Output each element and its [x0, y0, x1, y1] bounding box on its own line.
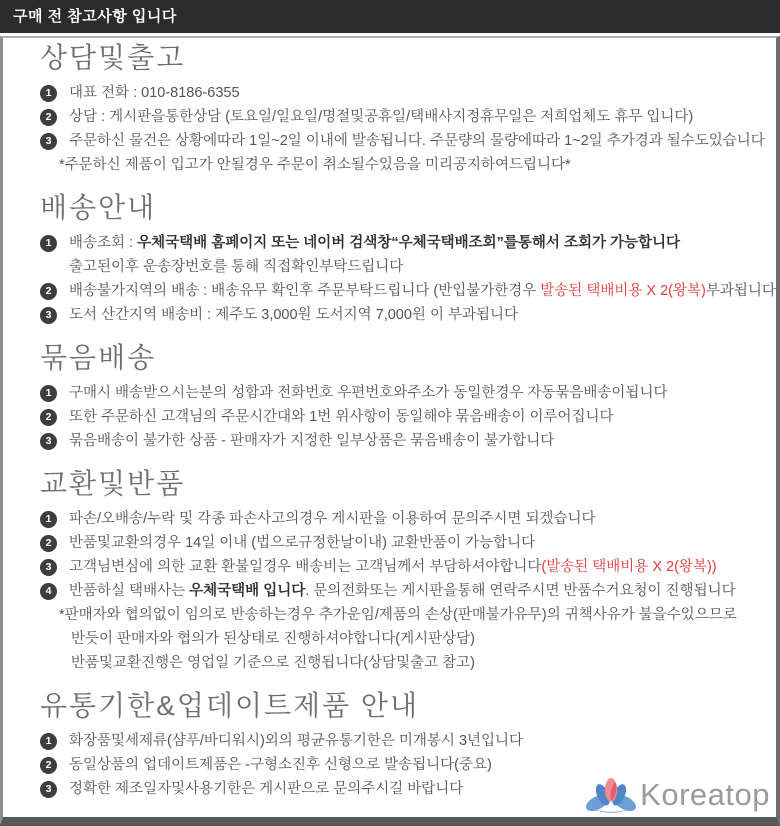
- notice-line: *판매자와 협의없이 임의로 반송하는경우 추가운임/제품의 손상(판매불가유무…: [40, 603, 766, 627]
- number-badge: 1: [40, 85, 57, 102]
- notice-text: 반품하실 택배사는 우체국택배 입니다. 문의전화또는 게시판을통해 연락주시면…: [69, 579, 736, 603]
- notice-line: 3고객님변심에 의한 교환 환불일경우 배송비는 고객님께서 부담하셔야합니다(…: [40, 555, 766, 579]
- notice-line: 3묶음배송이 불가한 상품 - 판매자가 지정한 일부상품은 묶음배송이 불가합…: [40, 429, 766, 453]
- notice-line: 1화장품및세제류(샴푸/바디워시)외의 평균유통기한은 미개봉시 3년입니다: [40, 729, 766, 753]
- notice-text: 배송불가지역의 배송 : 배송유무 확인후 주문부탁드립니다 (반입불가한경우 …: [69, 279, 780, 303]
- notice-text: 화장품및세제류(샴푸/바디워시)외의 평균유통기한은 미개봉시 3년입니다: [69, 729, 523, 753]
- number-badge: 3: [40, 559, 57, 576]
- notice-line: 반듯이 판매자와 협의가 된상태로 진행하셔야합니다(게시판상담): [40, 627, 766, 651]
- lotus-icon: [585, 773, 637, 815]
- number-badge: 3: [40, 781, 57, 798]
- text-segment: 고객님변심에 의한 교환 환불일경우 배송비는 고객님께서 부담하셔야합니다: [69, 559, 541, 575]
- notice-line: 2또한 주문하신 고객님의 주문시간대와 1번 위사항이 동일해야 묶음배송이 …: [40, 405, 766, 429]
- notice-line: 1배송조회 : 우체국택배 홈페이지 또는 네이버 검색창“우체국택배조회”를통…: [40, 231, 766, 255]
- text-segment: 묶음배송이 불가한 상품 - 판매자가 지정한 일부상품은 묶음배송이 불가합니…: [69, 433, 554, 449]
- text-segment: 대표 전화 : 010-8186-6355: [69, 85, 240, 101]
- number-badge: 1: [40, 385, 57, 402]
- text-segment: 반품및교환진행은 영업일 기준으로 진행됩니다(상담및출고 참고): [71, 655, 475, 671]
- number-badge: 2: [40, 757, 57, 774]
- section-consultation-shipping: 상담및출고1대표 전화 : 010-8186-63552상담 : 게시판을통한상…: [40, 43, 766, 177]
- section-delivery-info: 배송안내1배송조회 : 우체국택배 홈페이지 또는 네이버 검색창“우체국택배조…: [40, 193, 766, 327]
- text-segment: 반듯이 판매자와 협의가 된상태로 진행하셔야합니다(게시판상담): [71, 631, 475, 647]
- section-title: 상담및출고: [40, 43, 766, 73]
- text-segment: *주문하신 제품이 입고가 안될경우 주문이 취소될수있음을 미리공지하여드립니…: [59, 157, 571, 173]
- notice-text: 또한 주문하신 고객님의 주문시간대와 1번 위사항이 동일해야 묶음배송이 이…: [69, 405, 614, 429]
- notice-line: *주문하신 제품이 입고가 안될경우 주문이 취소될수있음을 미리공지하여드립니…: [40, 153, 766, 177]
- notice-line: 1대표 전화 : 010-8186-6355: [40, 81, 766, 105]
- notice-line: 반품및교환진행은 영업일 기준으로 진행됩니다(상담및출고 참고): [40, 651, 766, 675]
- section-title: 교환및반품: [40, 469, 766, 499]
- notice-text: 배송조회 : 우체국택배 홈페이지 또는 네이버 검색창“우체국택배조회”를통해…: [69, 231, 680, 255]
- text-segment: 발송된 택배비용 X 2(왕복): [540, 283, 706, 299]
- text-segment: 파손/오배송/누락 및 각종 파손사고의경우 게시판을 이용하여 문의주시면 되…: [69, 511, 596, 527]
- text-segment: 우체국택배 홈페이지 또는 네이버 검색창“우체국택배조회”를통해서 조회가 가…: [137, 235, 680, 251]
- notice-text: 동일상품의 업데이트제품은 -구형소진후 신형으로 발송됩니다(중요): [69, 753, 492, 777]
- number-badge: 3: [40, 133, 57, 150]
- text-segment: 주문하신 물건은 상황에따라 1일~2일 이내에 발송됩니다. 주문량의 물량에…: [69, 133, 765, 149]
- notice-text: 출고된이후 운송장번호를 통해 직접확인부탁드립니다: [69, 255, 403, 279]
- notice-text: 도서 산간지역 배송비 : 제주도 3,000원 도서지역 7,000원 이 부…: [69, 303, 518, 327]
- number-badge: 2: [40, 535, 57, 552]
- section-title: 묶음배송: [40, 343, 766, 373]
- notice-line: 3주문하신 물건은 상황에따라 1일~2일 이내에 발송됩니다. 주문량의 물량…: [40, 129, 766, 153]
- notice-text: 반품및교환의경우 14일 이내 (법으로규정한날이내) 교환반품이 가능합니다: [69, 531, 535, 555]
- notice-line: 1구매시 배송받으시는분의 성함과 전화번호 우편번호와주소가 동일한경우 자동…: [40, 381, 766, 405]
- page-title: 구매 전 참고사항 입니다: [0, 0, 780, 33]
- number-badge: 1: [40, 733, 57, 750]
- notice-line: 2반품및교환의경우 14일 이내 (법으로규정한날이내) 교환반품이 가능합니다: [40, 531, 766, 555]
- number-badge: 1: [40, 511, 57, 528]
- notice-text: 상담 : 게시판을통한상담 (토요일/일요일/명절및공휴일/택배사지정휴무일은 …: [69, 105, 693, 129]
- text-segment: 배송불가지역의 배송 : 배송유무 확인후 주문부탁드립니다 (반입불가한경우: [69, 283, 540, 299]
- koreatop-logo: Koreatop: [585, 773, 770, 815]
- section-exchange-return: 교환및반품1파손/오배송/누락 및 각종 파손사고의경우 게시판을 이용하여 문…: [40, 469, 766, 675]
- notice-line: 1파손/오배송/누락 및 각종 파손사고의경우 게시판을 이용하여 문의주시면 …: [40, 507, 766, 531]
- section-bundle-shipping: 묶음배송1구매시 배송받으시는분의 성함과 전화번호 우편번호와주소가 동일한경…: [40, 343, 766, 453]
- number-badge: 1: [40, 235, 57, 252]
- notice-text: 대표 전화 : 010-8186-6355: [69, 81, 240, 105]
- section-title: 배송안내: [40, 193, 766, 223]
- logo-text: Koreatop: [640, 779, 770, 810]
- notice-line: 2상담 : 게시판을통한상담 (토요일/일요일/명절및공휴일/택배사지정휴무일은…: [40, 105, 766, 129]
- notice-text: 반품및교환진행은 영업일 기준으로 진행됩니다(상담및출고 참고): [71, 651, 475, 675]
- text-segment: 화장품및세제류(샴푸/바디워시)외의 평균유통기한은 미개봉시 3년입니다: [69, 733, 523, 749]
- notice-text: 주문하신 물건은 상황에따라 1일~2일 이내에 발송됩니다. 주문량의 물량에…: [69, 129, 765, 153]
- text-segment: *판매자와 협의없이 임의로 반송하는경우 추가운임/제품의 손상(판매불가유무…: [59, 607, 737, 623]
- text-segment: 부과됩니다): [706, 283, 780, 299]
- notice-text: 구매시 배송받으시는분의 성함과 전화번호 우편번호와주소가 동일한경우 자동묶…: [69, 381, 667, 405]
- text-segment: 도서 산간지역 배송비 : 제주도 3,000원 도서지역 7,000원 이 부…: [69, 307, 518, 323]
- text-segment: 반품하실 택배사는: [69, 583, 189, 599]
- number-badge: 3: [40, 433, 57, 450]
- sections: 상담및출고1대표 전화 : 010-8186-63552상담 : 게시판을통한상…: [3, 43, 776, 801]
- notice-text: *판매자와 협의없이 임의로 반송하는경우 추가운임/제품의 손상(판매불가유무…: [59, 603, 737, 627]
- notice-text: 반듯이 판매자와 협의가 된상태로 진행하셔야합니다(게시판상담): [71, 627, 475, 651]
- text-segment: (발송된 택배비용 X 2(왕복)): [541, 559, 716, 575]
- section-title: 유통기한&업데이트제품 안내: [40, 691, 766, 721]
- number-badge: 2: [40, 283, 57, 300]
- text-segment: 또한 주문하신 고객님의 주문시간대와 1번 위사항이 동일해야 묶음배송이 이…: [69, 409, 614, 425]
- notice-text: *주문하신 제품이 입고가 안될경우 주문이 취소될수있음을 미리공지하여드립니…: [59, 153, 571, 177]
- notice-line: 출고된이후 운송장번호를 통해 직접확인부탁드립니다: [40, 255, 766, 279]
- notice-text: 파손/오배송/누락 및 각종 파손사고의경우 게시판을 이용하여 문의주시면 되…: [69, 507, 596, 531]
- number-badge: 2: [40, 409, 57, 426]
- text-segment: 배송조회 :: [69, 235, 137, 251]
- text-segment: . 문의전화또는 게시판을통해 연락주시면 반품수거요청이 진행됩니다: [305, 583, 735, 599]
- notice-text: 묶음배송이 불가한 상품 - 판매자가 지정한 일부상품은 묶음배송이 불가합니…: [69, 429, 554, 453]
- notice-line: 2배송불가지역의 배송 : 배송유무 확인후 주문부탁드립니다 (반입불가한경우…: [40, 279, 766, 303]
- notice-line: 4반품하실 택배사는 우체국택배 입니다. 문의전화또는 게시판을통해 연락주시…: [40, 579, 766, 603]
- text-segment: 동일상품의 업데이트제품은 -구형소진후 신형으로 발송됩니다(중요): [69, 757, 492, 773]
- text-segment: 정확한 제조일자및사용기한은 게시판으로 문의주시길 바랍니다: [69, 781, 463, 797]
- text-segment: 구매시 배송받으시는분의 성함과 전화번호 우편번호와주소가 동일한경우 자동묶…: [69, 385, 667, 401]
- number-badge: 3: [40, 307, 57, 324]
- number-badge: 2: [40, 109, 57, 126]
- notice-panel: 상담및출고1대표 전화 : 010-8186-63552상담 : 게시판을통한상…: [0, 36, 780, 826]
- number-badge: 4: [40, 583, 57, 600]
- text-segment: 우체국택배 입니다: [189, 583, 305, 599]
- text-segment: 출고된이후 운송장번호를 통해 직접확인부탁드립니다: [69, 259, 403, 275]
- notice-line: 3도서 산간지역 배송비 : 제주도 3,000원 도서지역 7,000원 이 …: [40, 303, 766, 327]
- text-segment: 반품및교환의경우 14일 이내 (법으로규정한날이내) 교환반품이 가능합니다: [69, 535, 535, 551]
- notice-text: 고객님변심에 의한 교환 환불일경우 배송비는 고객님께서 부담하셔야합니다(발…: [69, 555, 717, 579]
- text-segment: 상담 : 게시판을통한상담 (토요일/일요일/명절및공휴일/택배사지정휴무일은 …: [69, 109, 693, 125]
- notice-text: 정확한 제조일자및사용기한은 게시판으로 문의주시길 바랍니다: [69, 777, 463, 801]
